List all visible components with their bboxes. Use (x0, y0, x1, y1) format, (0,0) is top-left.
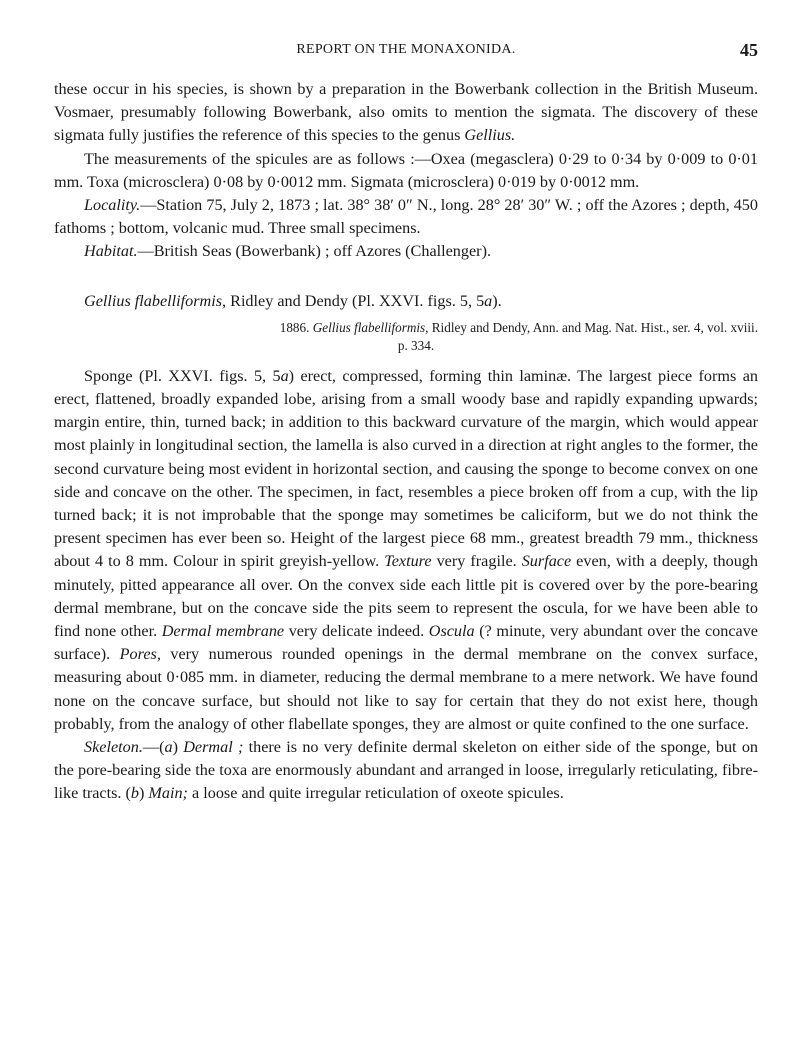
dermal-membrane-label: Dermal membrane (162, 622, 284, 640)
main-label: Main; (148, 784, 188, 802)
oscula-label: Oscula (429, 622, 475, 640)
locality-label: Locality. (84, 196, 140, 214)
texture-label: Texture (384, 552, 431, 570)
species-name: Gellius flabelliformis (84, 292, 222, 310)
paragraph-description: Sponge (Pl. XXVI. figs. 5, 5a) erect, co… (54, 365, 758, 736)
surface-label: Surface (522, 552, 571, 570)
section-gap (54, 264, 758, 290)
paragraph-locality: Locality.—Station 75, July 2, 1873 ; lat… (54, 194, 758, 240)
habitat-label: Habitat. (84, 242, 138, 260)
synonymy-reference: 1886. Gellius flabelliformis, Ridley and… (54, 319, 758, 355)
page-header: REPORT ON THE MONAXONIDA. 45 (54, 42, 758, 66)
dermal-label: Dermal ; (183, 738, 243, 756)
body-text: these occur in his species, is shown by … (54, 78, 758, 806)
paragraph-skeleton: Skeleton.—(a) Dermal ; there is no very … (54, 736, 758, 806)
running-title: REPORT ON THE MONAXONIDA. (54, 42, 758, 58)
paragraph-habitat: Habitat.—British Seas (Bowerbank) ; off … (54, 240, 758, 263)
paragraph-measurements: The measurements of the spicules are as … (54, 148, 758, 194)
page-number: 45 (740, 40, 758, 61)
skeleton-label: Skeleton. (84, 738, 143, 756)
pores-label: Pores, (120, 645, 161, 663)
species-heading: Gellius flabelliformis, Ridley and Dendy… (54, 290, 758, 313)
paragraph-continuation: these occur in his species, is shown by … (54, 78, 758, 148)
